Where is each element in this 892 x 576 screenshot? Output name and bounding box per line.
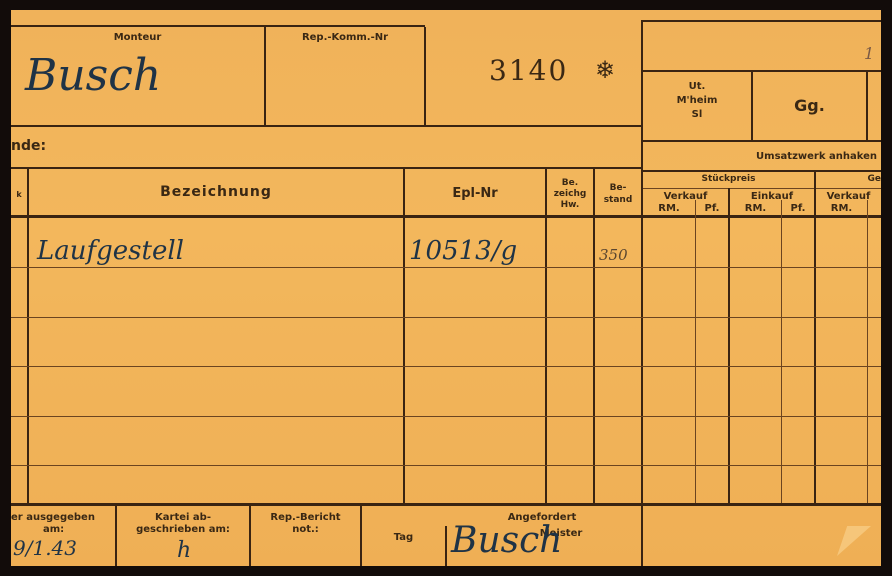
col-stueck-gesamt	[814, 172, 816, 503]
kartei-value: h	[177, 538, 191, 563]
einkauf-rm-header: RM.	[730, 203, 781, 214]
row-line	[11, 267, 881, 268]
col-stk-divider	[27, 169, 29, 503]
stueckpreis-header: Stückpreis	[643, 174, 814, 184]
corner-note: 1	[864, 44, 874, 63]
col-vk-rm-pf	[695, 200, 696, 503]
monteur-value: Busch	[25, 50, 161, 101]
bezeichnung-header: Bezeichnung	[29, 184, 403, 200]
verkauf-rm-header: RM.	[643, 203, 695, 214]
epl-nr-header: Epl-Nr	[405, 186, 545, 201]
col-gvk-rm-pf	[867, 200, 868, 503]
right-line-3	[643, 140, 881, 142]
verkauf-header: Verkauf	[643, 191, 728, 202]
stk-header: k	[11, 190, 27, 199]
row-line	[11, 465, 881, 466]
rep-komm-label: Rep.-Komm.-Nr	[266, 32, 424, 43]
gesamtpreis-header: Ge	[816, 174, 881, 184]
row-line	[11, 416, 881, 417]
umsatzwerk-label: Umsatzwerk anhaken	[643, 151, 877, 162]
ausgegeben-value: 9/1.43	[13, 536, 77, 560]
card-number: 3140	[489, 54, 568, 87]
row-1-bestand: 350	[599, 246, 628, 264]
col-hw-divider	[593, 169, 595, 503]
row-line	[11, 366, 881, 367]
location-label: Ut. M'heim Sl	[643, 80, 751, 122]
gesamt-verkauf-rm-header: RM.	[816, 203, 867, 214]
rep-bericht-label: Rep.-Bericht not.:	[251, 512, 360, 536]
line-above-table-left	[11, 167, 643, 169]
row-1-epl-nr: 10513/g	[409, 236, 517, 266]
parts-card: Monteur Busch Rep.-Komm.-Nr 3140 ❄ 1 Ut.…	[11, 10, 881, 566]
kartei-label: Kartei ab- geschrieben am:	[117, 512, 249, 536]
gg-label: Gg.	[753, 96, 866, 115]
row-1-bezeichnung: Laufgestell	[37, 236, 184, 266]
bestand-header: Be- stand	[595, 182, 641, 206]
folded-corner	[837, 526, 871, 556]
col-bez-divider	[403, 169, 405, 503]
snowflake-icon: ❄	[595, 56, 617, 84]
divider-repkomm	[424, 27, 426, 125]
right-top-line	[643, 20, 881, 22]
col-ek-rm-pf	[781, 200, 782, 503]
top-border-left	[11, 25, 425, 27]
right-line-2	[643, 70, 881, 72]
kunde-label: nde:	[11, 138, 46, 154]
gesamt-verkauf-header: Verkauf	[816, 191, 881, 202]
right-line-stueckpreis	[643, 188, 881, 189]
monteur-label: Monteur	[11, 32, 264, 43]
col-epl-divider	[545, 169, 547, 503]
line-below-monteur	[11, 125, 643, 127]
location-line-2: M'heim	[643, 94, 751, 108]
location-line-1: Ut.	[643, 80, 751, 94]
einkauf-header: Einkauf	[730, 191, 814, 202]
tag-label: Tag	[362, 532, 445, 543]
col-vk-ek	[728, 188, 730, 503]
footer-div-tag	[445, 526, 447, 566]
ausgegeben-label: er ausgegeben am:	[11, 512, 113, 536]
meister-signature: Busch	[451, 520, 562, 561]
header-bottom-line	[11, 215, 881, 218]
verkauf-pf-header: Pf.	[696, 203, 728, 214]
row-line	[11, 317, 881, 318]
divider-gg-right	[866, 72, 868, 140]
bezeichg-hw-header: Be. zeichg Hw.	[547, 178, 593, 211]
location-line-3: Sl	[643, 108, 751, 122]
einkauf-pf-header: Pf.	[782, 203, 814, 214]
table-bottom-line	[11, 503, 881, 506]
right-line-4	[643, 170, 881, 172]
